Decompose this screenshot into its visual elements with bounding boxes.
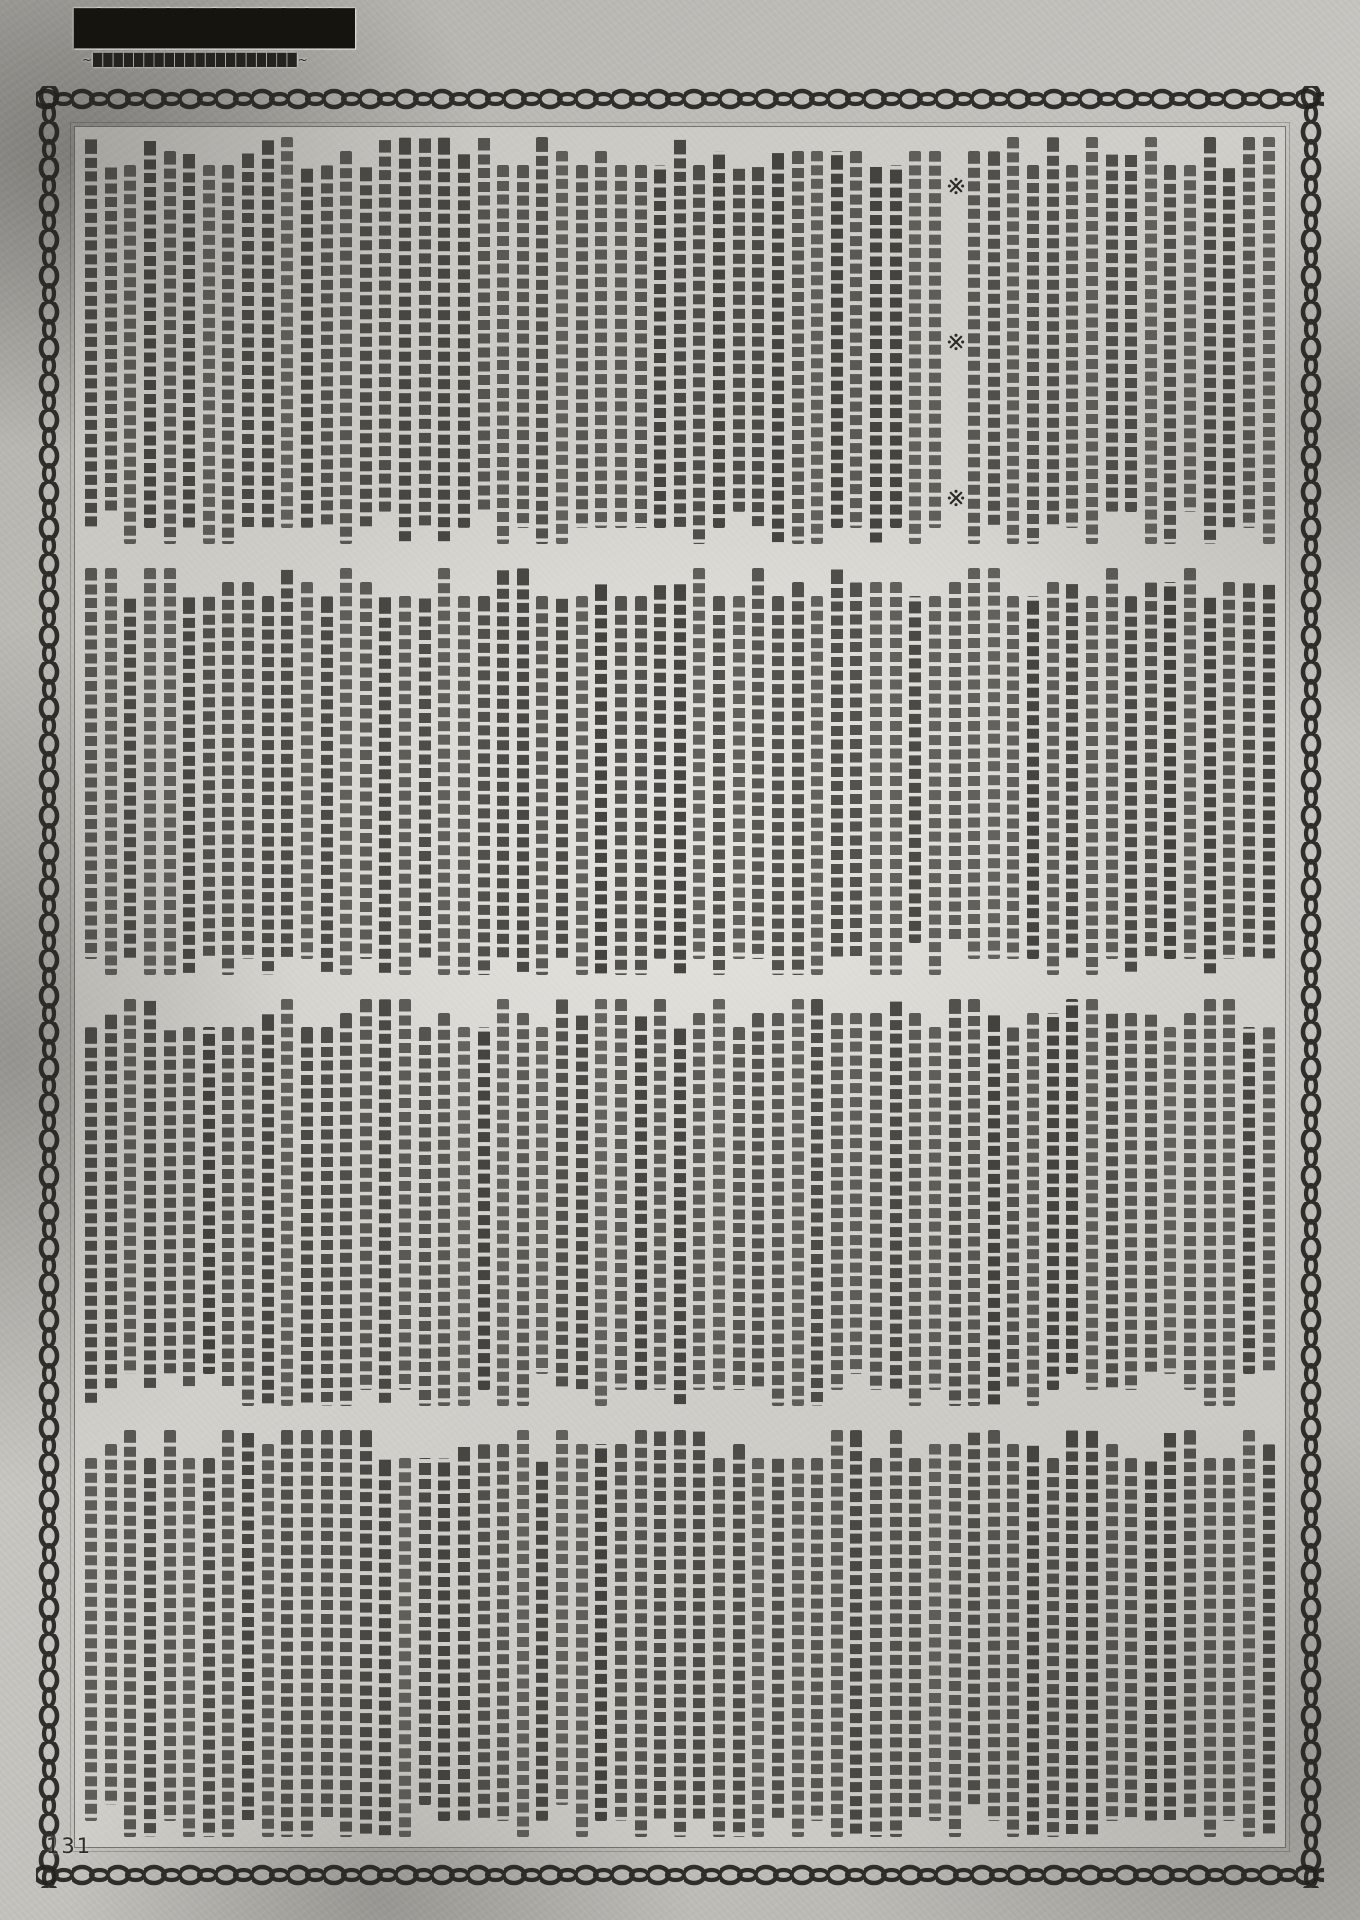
greeked-text-column <box>105 165 117 512</box>
greeked-text-column <box>478 596 490 975</box>
greeked-text-column <box>850 1430 862 1837</box>
greeked-text-column <box>124 596 136 959</box>
greeked-text-column <box>850 582 862 959</box>
greeked-text-column <box>909 1458 921 1821</box>
greeked-text-column <box>1007 137 1019 544</box>
greeked-text-column <box>576 1444 588 1837</box>
greeked-text-column <box>792 151 804 544</box>
greeked-text-column <box>615 1444 627 1821</box>
greeked-text-column <box>1145 1013 1157 1374</box>
greeked-text-column <box>281 999 293 1406</box>
greeked-text-column <box>105 568 117 975</box>
greeked-text-column <box>929 1444 941 1821</box>
greeked-text-column <box>321 596 333 975</box>
greeked-text-column <box>772 151 784 544</box>
greeked-text-column <box>1223 165 1235 528</box>
greeked-text-column <box>242 1430 254 1821</box>
greeked-text-column <box>1086 1430 1098 1837</box>
reference-mark-icon <box>947 489 965 507</box>
greeked-text-column <box>733 165 745 512</box>
greeked-text-column <box>635 165 647 528</box>
greeked-text-column <box>890 999 902 1390</box>
greeked-text-column <box>674 582 686 975</box>
greeked-text-column <box>556 1430 568 1805</box>
greeked-text-column <box>1243 1027 1255 1374</box>
greeked-text-column <box>222 165 234 544</box>
greeked-text-column <box>792 1458 804 1837</box>
greeked-text-column <box>615 165 627 528</box>
greeked-text-column <box>713 1458 725 1837</box>
title-logo-subtitle: ~████████████████████~ <box>74 53 352 67</box>
greeked-text-column <box>183 596 195 975</box>
greeked-text-column <box>1243 137 1255 528</box>
greeked-text-column <box>517 1013 529 1406</box>
reference-mark-icon <box>947 333 965 351</box>
greeked-text-column <box>536 596 548 975</box>
greeked-text-column <box>949 582 961 943</box>
greeked-text-column <box>1007 1444 1019 1837</box>
greeked-text-column <box>733 1444 745 1837</box>
greeked-text-column <box>1086 999 1098 1390</box>
greeked-text-column <box>1204 1458 1216 1837</box>
greeked-text-column <box>1125 151 1137 512</box>
greeked-text-column <box>909 1013 921 1406</box>
greeked-text-column <box>556 596 568 959</box>
page-number: 131 <box>46 1834 92 1858</box>
greeked-text-column <box>321 165 333 528</box>
greeked-text-column <box>1047 582 1059 975</box>
greeked-text-column <box>478 1027 490 1390</box>
greeked-text-column <box>556 151 568 544</box>
greeked-text-column <box>1243 1430 1255 1837</box>
greeked-text-column <box>340 1013 352 1406</box>
greeked-text-column <box>497 165 509 544</box>
greeked-text-column <box>517 568 529 975</box>
greeked-text-column <box>340 151 352 544</box>
greeked-text-column <box>556 999 568 1390</box>
greeked-text-column <box>850 151 862 528</box>
reference-mark-icon <box>947 177 965 195</box>
greeked-text-column <box>635 1430 647 1837</box>
greeked-text-column <box>124 999 136 1374</box>
greeked-text-column <box>1263 1027 1275 1374</box>
greeked-text-column <box>870 165 882 544</box>
greeked-text-column <box>281 568 293 959</box>
greeked-text-column <box>536 1458 548 1821</box>
greeked-text-column <box>379 137 391 512</box>
greeked-text-column <box>262 596 274 975</box>
greeked-text-column <box>929 596 941 975</box>
greeked-text-column <box>517 1430 529 1837</box>
greeked-text-column <box>399 596 411 975</box>
greeked-text-column <box>713 596 725 975</box>
greeked-text-column <box>85 1027 97 1406</box>
greeked-text-column <box>262 1013 274 1406</box>
greeked-text-column <box>1047 1013 1059 1390</box>
greeked-text-column <box>752 1013 764 1390</box>
greeked-text-column <box>1145 1458 1157 1821</box>
greeked-text-column <box>124 1430 136 1837</box>
greeked-text-column <box>1263 582 1275 959</box>
greeked-text-column <box>831 151 843 528</box>
greeked-text-column <box>301 1027 313 1406</box>
greeked-text-column <box>536 1027 548 1374</box>
text-band-1 <box>85 137 1275 544</box>
greeked-text-column <box>85 568 97 959</box>
greeked-text-column <box>1125 1458 1137 1821</box>
greeked-text-column <box>615 999 627 1390</box>
greeked-text-column <box>203 1027 215 1374</box>
title-logo: ████████████ ~████████████████████~ <box>74 12 352 67</box>
greeked-text-column <box>1204 999 1216 1406</box>
greeked-text-column <box>870 582 882 975</box>
greeked-text-column <box>379 596 391 975</box>
greeked-text-column <box>968 151 980 544</box>
greeked-text-column <box>1223 1458 1235 1821</box>
greeked-text-column <box>360 1430 372 1837</box>
greeked-text-column <box>281 137 293 528</box>
greeked-text-column <box>811 151 823 544</box>
greeked-text-column <box>1027 596 1039 959</box>
greeked-text-column <box>458 1444 470 1821</box>
greeked-text-column <box>713 999 725 1390</box>
greeked-text-column <box>595 151 607 528</box>
greeked-text-column <box>576 165 588 528</box>
greeked-text-column <box>242 151 254 528</box>
greeked-text-column <box>438 137 450 544</box>
greeked-text-column <box>988 568 1000 959</box>
greeked-text-column <box>419 1458 431 1805</box>
text-band-2 <box>85 568 1275 975</box>
greeked-text-column <box>438 1013 450 1406</box>
greeked-text-column <box>360 165 372 528</box>
greeked-text-column <box>1223 582 1235 959</box>
greeked-text-column <box>301 582 313 959</box>
greeked-text-column <box>1106 1013 1118 1390</box>
greeked-text-column <box>1007 1027 1019 1390</box>
greeked-text-column <box>1066 165 1078 528</box>
greeked-text-column <box>1066 1430 1078 1837</box>
greeked-text-column <box>654 1430 666 1821</box>
greeked-text-column <box>419 1027 431 1406</box>
greeked-text-column <box>536 137 548 544</box>
greeked-text-column <box>772 596 784 975</box>
greeked-text-column <box>419 596 431 959</box>
greeked-text-column <box>1047 137 1059 528</box>
greeked-text-column <box>831 1430 843 1837</box>
greeked-text-column <box>144 568 156 975</box>
greeked-text-column <box>1184 1430 1196 1821</box>
greeked-text-column <box>1007 596 1019 959</box>
greeked-text-column <box>968 1430 980 1805</box>
greeked-text-column <box>792 582 804 975</box>
greeked-text-column <box>419 137 431 528</box>
greeked-text-column <box>497 999 509 1406</box>
chain-border-left <box>36 86 62 1888</box>
greeked-text-column <box>340 1430 352 1837</box>
greeked-text-column <box>144 999 156 1390</box>
greeked-text-column <box>890 582 902 975</box>
greeked-text-column <box>458 1027 470 1406</box>
greeked-text-column <box>438 568 450 975</box>
greeked-text-column <box>772 1013 784 1406</box>
greeked-text-column <box>222 582 234 975</box>
greeked-text-column <box>968 999 980 1406</box>
greeked-text-column <box>497 568 509 959</box>
greeked-text-column <box>1106 1444 1118 1821</box>
greeked-text-column <box>321 1027 333 1406</box>
greeked-text-column <box>1027 1013 1039 1406</box>
greeked-text-column <box>654 582 666 959</box>
greeked-text-column <box>183 1027 195 1390</box>
greeked-text-column <box>203 596 215 959</box>
greeked-text-column <box>595 582 607 975</box>
greeked-text-column <box>811 596 823 975</box>
greeked-text-column <box>379 999 391 1406</box>
greeked-text-column <box>242 582 254 959</box>
greeked-text-column <box>1027 165 1039 544</box>
greeked-text-column <box>909 596 921 943</box>
greeked-text-column <box>595 1444 607 1821</box>
greeked-text-column <box>831 1013 843 1390</box>
greeked-text-column <box>1027 1444 1039 1837</box>
novel-text-page: ████████████ ~████████████████████~ <box>0 0 1360 1920</box>
greeked-text-column <box>1106 151 1118 512</box>
greeked-text-column <box>615 596 627 975</box>
greeked-text-column <box>772 1458 784 1821</box>
chain-border-bottom <box>36 1862 1324 1888</box>
greeked-text-column <box>949 1444 961 1837</box>
greeked-text-column <box>890 1430 902 1837</box>
greeked-text-column <box>870 1458 882 1837</box>
greeked-text-column <box>674 1430 686 1837</box>
greeked-text-column <box>576 1013 588 1390</box>
greeked-text-column <box>1106 568 1118 959</box>
chain-border-top <box>36 86 1324 112</box>
greeked-text-column <box>1047 1458 1059 1837</box>
greeked-text-column <box>1164 1430 1176 1821</box>
greeked-text-column <box>693 1013 705 1390</box>
greeked-text-column <box>144 1458 156 1837</box>
greeked-text-column <box>752 165 764 528</box>
greeked-text-column <box>811 999 823 1406</box>
greeked-text-column <box>988 1430 1000 1821</box>
greeked-text-column <box>164 1027 176 1374</box>
greeked-text-column <box>321 1430 333 1821</box>
greeked-text-column <box>733 1027 745 1390</box>
greeked-text-column <box>870 1013 882 1390</box>
text-band-4 <box>85 1430 1275 1837</box>
greeked-text-column <box>792 999 804 1406</box>
greeked-text-column <box>85 1458 97 1821</box>
greeked-text-column <box>301 1430 313 1837</box>
greeked-text-column <box>1184 1013 1196 1390</box>
greeked-text-column <box>1145 137 1157 544</box>
greeked-text-column <box>595 999 607 1406</box>
greeked-text-column <box>222 1027 234 1390</box>
greeked-text-column <box>654 999 666 1390</box>
greeked-text-column <box>183 151 195 528</box>
greeked-text-column <box>1263 137 1275 544</box>
chain-border-right <box>1298 86 1324 1888</box>
greeked-text-column <box>831 568 843 959</box>
greeked-text-column <box>693 568 705 959</box>
greeked-text-column <box>654 165 666 528</box>
greeked-text-column <box>242 1027 254 1406</box>
greeked-text-column <box>988 1013 1000 1406</box>
greeked-text-column <box>968 568 980 959</box>
title-logo-text: ████████████ <box>74 12 352 46</box>
greeked-text-column <box>1145 582 1157 959</box>
greeked-text-column <box>1125 1013 1137 1390</box>
greeked-text-column <box>1184 165 1196 512</box>
greeked-text-column <box>693 1430 705 1821</box>
greeked-text-column <box>988 151 1000 528</box>
greeked-text-column <box>144 137 156 528</box>
greeked-text-column <box>1066 582 1078 959</box>
greeked-text-column <box>1164 1027 1176 1374</box>
greeked-text-column <box>105 1013 117 1390</box>
greeked-text-column <box>1184 568 1196 959</box>
greeked-text-column <box>164 1430 176 1821</box>
greeked-text-column <box>576 596 588 975</box>
greeked-text-column <box>1086 596 1098 975</box>
greeked-text-column <box>733 596 745 959</box>
greeked-text-column <box>438 1458 450 1821</box>
greeked-text-column <box>399 1458 411 1837</box>
greeked-text-column <box>674 137 686 528</box>
section-divider <box>945 177 967 507</box>
greeked-text-column <box>458 596 470 975</box>
greeked-text-column <box>478 1444 490 1821</box>
greeked-text-column <box>850 1013 862 1374</box>
greeked-text-column <box>222 1430 234 1837</box>
greeked-text-column <box>360 999 372 1390</box>
greeked-text-column <box>929 151 941 528</box>
text-frame <box>74 126 1286 1848</box>
greeked-text-column <box>1204 596 1216 975</box>
greeked-text-column <box>203 165 215 544</box>
greeked-text-column <box>752 568 764 959</box>
greeked-text-column <box>164 151 176 544</box>
greeked-text-column <box>281 1430 293 1837</box>
greeked-text-column <box>1204 137 1216 544</box>
greeked-text-column <box>360 582 372 959</box>
greeked-text-column <box>693 165 705 544</box>
greeked-text-column <box>752 1458 764 1837</box>
greeked-text-column <box>949 999 961 1406</box>
greeked-text-column <box>478 137 490 512</box>
greeked-text-column <box>399 137 411 544</box>
greeked-text-column <box>517 165 529 528</box>
greeked-text-column <box>811 1458 823 1821</box>
greeked-text-column <box>635 1013 647 1390</box>
greeked-text-column <box>1164 165 1176 544</box>
greeked-text-column <box>1125 596 1137 975</box>
greeked-text-column <box>203 1458 215 1837</box>
greeked-text-column <box>890 165 902 528</box>
greeked-text-column <box>929 1027 941 1390</box>
greeked-text-column <box>1243 582 1255 959</box>
text-band-3 <box>85 999 1275 1406</box>
greeked-text-column <box>262 137 274 528</box>
greeked-text-column <box>713 151 725 528</box>
greeked-text-column <box>85 137 97 528</box>
greeked-text-column <box>674 1027 686 1406</box>
greeked-text-column <box>1223 999 1235 1406</box>
greeked-text-column <box>301 165 313 528</box>
greeked-text-column <box>340 568 352 975</box>
greeked-text-column <box>1263 1444 1275 1837</box>
greeked-text-column <box>262 1444 274 1837</box>
greeked-text-column <box>379 1458 391 1837</box>
greeked-text-column <box>909 151 921 544</box>
greeked-text-column <box>635 596 647 975</box>
greeked-text-column <box>124 165 136 544</box>
greeked-text-column <box>399 999 411 1390</box>
greeked-text-column <box>105 1444 117 1805</box>
greeked-text-column <box>183 1458 195 1837</box>
greeked-text-column <box>164 568 176 975</box>
greeked-text-column <box>497 1444 509 1821</box>
greeked-text-column <box>1066 999 1078 1374</box>
greeked-text-column <box>1086 137 1098 544</box>
greeked-text-column <box>1164 582 1176 959</box>
greeked-text-column <box>458 151 470 528</box>
